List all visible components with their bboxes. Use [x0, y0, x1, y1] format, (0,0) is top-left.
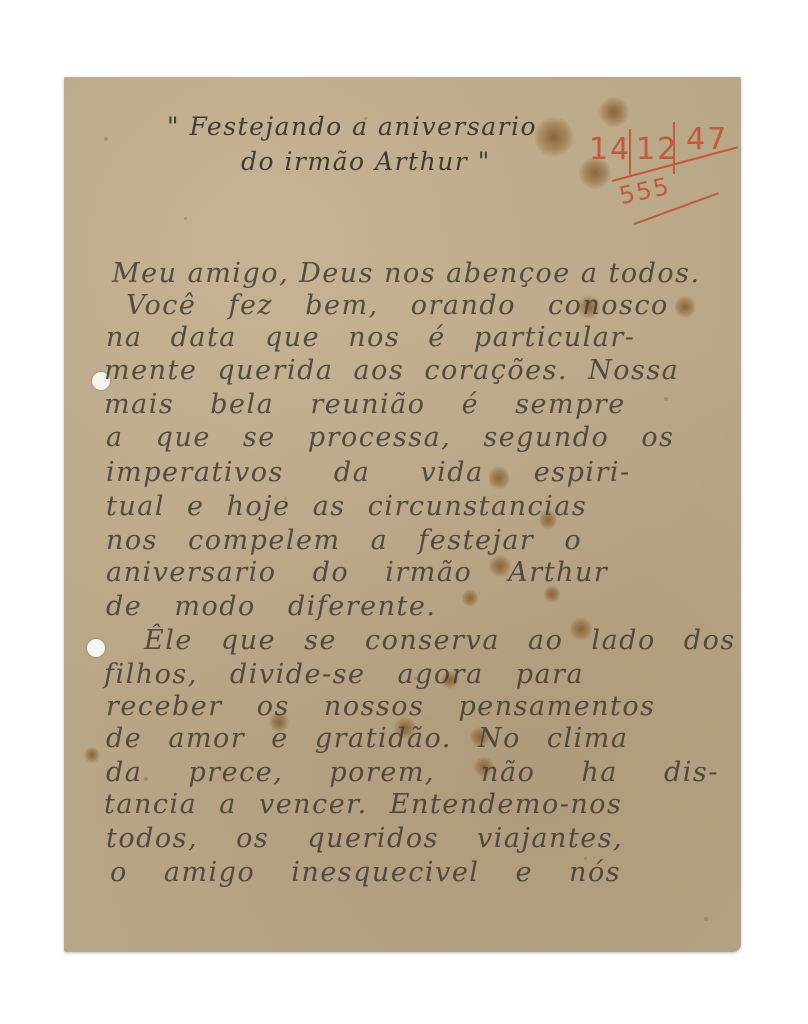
annotation-date-month: 12 [636, 132, 678, 167]
letter-line: aniversario do irmão Arthur [106, 557, 608, 588]
letter-line: Meu amigo, Deus nos abençoe a todos. [112, 258, 701, 289]
paper-speck [664, 397, 668, 401]
stain [84, 747, 100, 763]
letter-line: todos, os queridos viajantes, [106, 823, 623, 854]
letter-line: receber os nossos pensamentos [106, 691, 656, 722]
letter-line: Você fez bem, orando conosco [126, 290, 669, 321]
hole-punch [87, 639, 105, 657]
letter-line: filhos, divide-se agora para [104, 659, 584, 690]
letter-line: tual e hoje as circunstancias [106, 491, 587, 522]
letter-title-line-2: do irmão Arthur " [241, 147, 491, 176]
paper-speck [184, 217, 187, 220]
letter-line: o amigo inesquecivel e nós [110, 857, 621, 888]
letter-line: de modo diferente. [106, 591, 436, 622]
letter-line: mais bela reunião é sempre [104, 389, 626, 420]
letter-line: de amor e gratidão. No clima [106, 723, 629, 754]
letter-title-line-1: " Festejando a aniversario [167, 112, 537, 141]
letter-line: tancia a vencer. Entendemo-nos [104, 789, 622, 820]
stain [534, 117, 574, 157]
letter-line: Êle que se conserva ao lado dos [144, 625, 736, 656]
letter-line: imperativos da vida espiri- [106, 457, 631, 488]
stain [599, 97, 629, 127]
letter-page: " Festejando a aniversario do irmão Arth… [64, 77, 741, 952]
letter-line: nos compelem a festejar o [106, 525, 582, 556]
letter-line: da prece, porem, não ha dis- [106, 757, 719, 788]
annotation-divider [629, 129, 631, 175]
paper-speck [704, 917, 708, 921]
annotation-date-day: 14 [589, 132, 631, 167]
letter-line: mente querida aos corações. Nossa [104, 355, 679, 386]
stain [462, 589, 478, 607]
letter-line: a que se processa, segundo os [106, 422, 674, 453]
stain [675, 295, 695, 319]
paper-speck [104, 137, 108, 141]
letter-line: na data que nos é particular- [106, 322, 635, 353]
annotation-divider [673, 122, 675, 174]
